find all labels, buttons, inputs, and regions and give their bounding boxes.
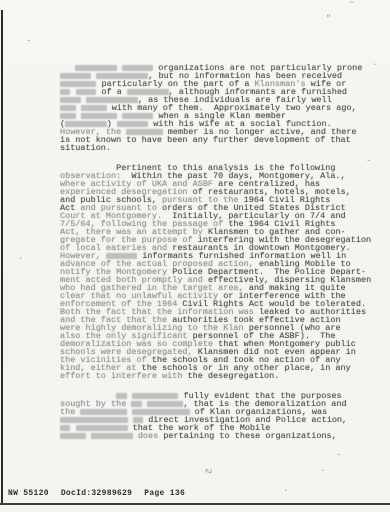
footer-page-label: Page 136: [144, 489, 185, 498]
redacted-smudge: [116, 393, 126, 400]
redacted-smudge: [132, 409, 189, 416]
redacted-smudge: [91, 433, 133, 440]
redacted-smudge: [60, 73, 91, 80]
redacted-smudge: [126, 129, 162, 136]
redacted-smudge: [122, 65, 153, 72]
redacted-smudge: [60, 105, 76, 112]
footer-docid: DocId:32989629: [61, 489, 132, 498]
scan-speck: -: [26, 36, 31, 46]
scan-edge-left: [1, 10, 3, 505]
archive-footer: NW 55120DocId:32989629Page 136: [8, 489, 197, 498]
scan-speck: -: [336, 450, 341, 460]
scan-speck: ·: [372, 60, 377, 70]
text-segment: does: [138, 431, 164, 441]
redacted-smudge: [106, 253, 137, 260]
page-number: 2: [202, 468, 212, 474]
scan-speck: ~: [349, 0, 354, 8]
redacted-smudge: [127, 89, 169, 96]
scan-speck: ": [326, 14, 331, 24]
redacted-smudge: [86, 97, 138, 104]
redacted-smudge: [60, 425, 70, 432]
scan-speck: ·: [18, 254, 23, 264]
paragraph: organizations are not particularly prone…: [60, 64, 376, 152]
redacted-smudge: [122, 113, 153, 120]
text-segment: pertaining to these organizations,: [163, 431, 336, 441]
redacted-smudge: [96, 73, 148, 80]
redacted-smudge: [147, 401, 183, 408]
redacted-smudge: [60, 417, 128, 424]
redacted-smudge: [60, 81, 96, 88]
redacted-smudge: [60, 89, 70, 96]
text-segment: effort to interfere with: [60, 371, 188, 381]
text-segment: the desegregation.: [188, 371, 280, 381]
footer-record-number: NW 55120: [8, 489, 49, 498]
text-line: does pertaining to these organizations,: [60, 432, 376, 440]
redacted-smudge: [133, 417, 143, 424]
redacted-smudge: [81, 105, 107, 112]
text-line: situation.: [60, 144, 376, 152]
redacted-smudge: [76, 89, 97, 96]
redacted-smudge: [60, 433, 86, 440]
text-segment: situation.: [60, 143, 111, 153]
redacted-smudge: [81, 113, 117, 120]
text-line: effort to interfere with the desegregati…: [60, 372, 376, 380]
scanned-document-page: organizations are not particularly prone…: [0, 0, 390, 512]
paragraph: fully evident that the purposessought by…: [60, 392, 376, 440]
redacted-smudge: [75, 65, 117, 72]
redacted-smudge: [132, 393, 179, 400]
document-text: organizations are not particularly prone…: [60, 64, 376, 452]
scan-speck: ·: [283, 486, 288, 496]
redacted-smudge: [60, 113, 76, 120]
scan-edge-bottom: [0, 503, 390, 505]
paragraph: Pertinent to this analysis is the follow…: [60, 164, 376, 380]
scan-speck: ·: [320, 466, 325, 476]
scan-speck: -: [366, 156, 371, 166]
redacted-smudge: [60, 97, 81, 104]
redacted-smudge: [131, 401, 141, 408]
redacted-smudge: [80, 409, 127, 416]
redacted-smudge: [65, 121, 107, 128]
redacted-smudge: [76, 425, 128, 432]
redacted-smudge: [117, 121, 148, 128]
